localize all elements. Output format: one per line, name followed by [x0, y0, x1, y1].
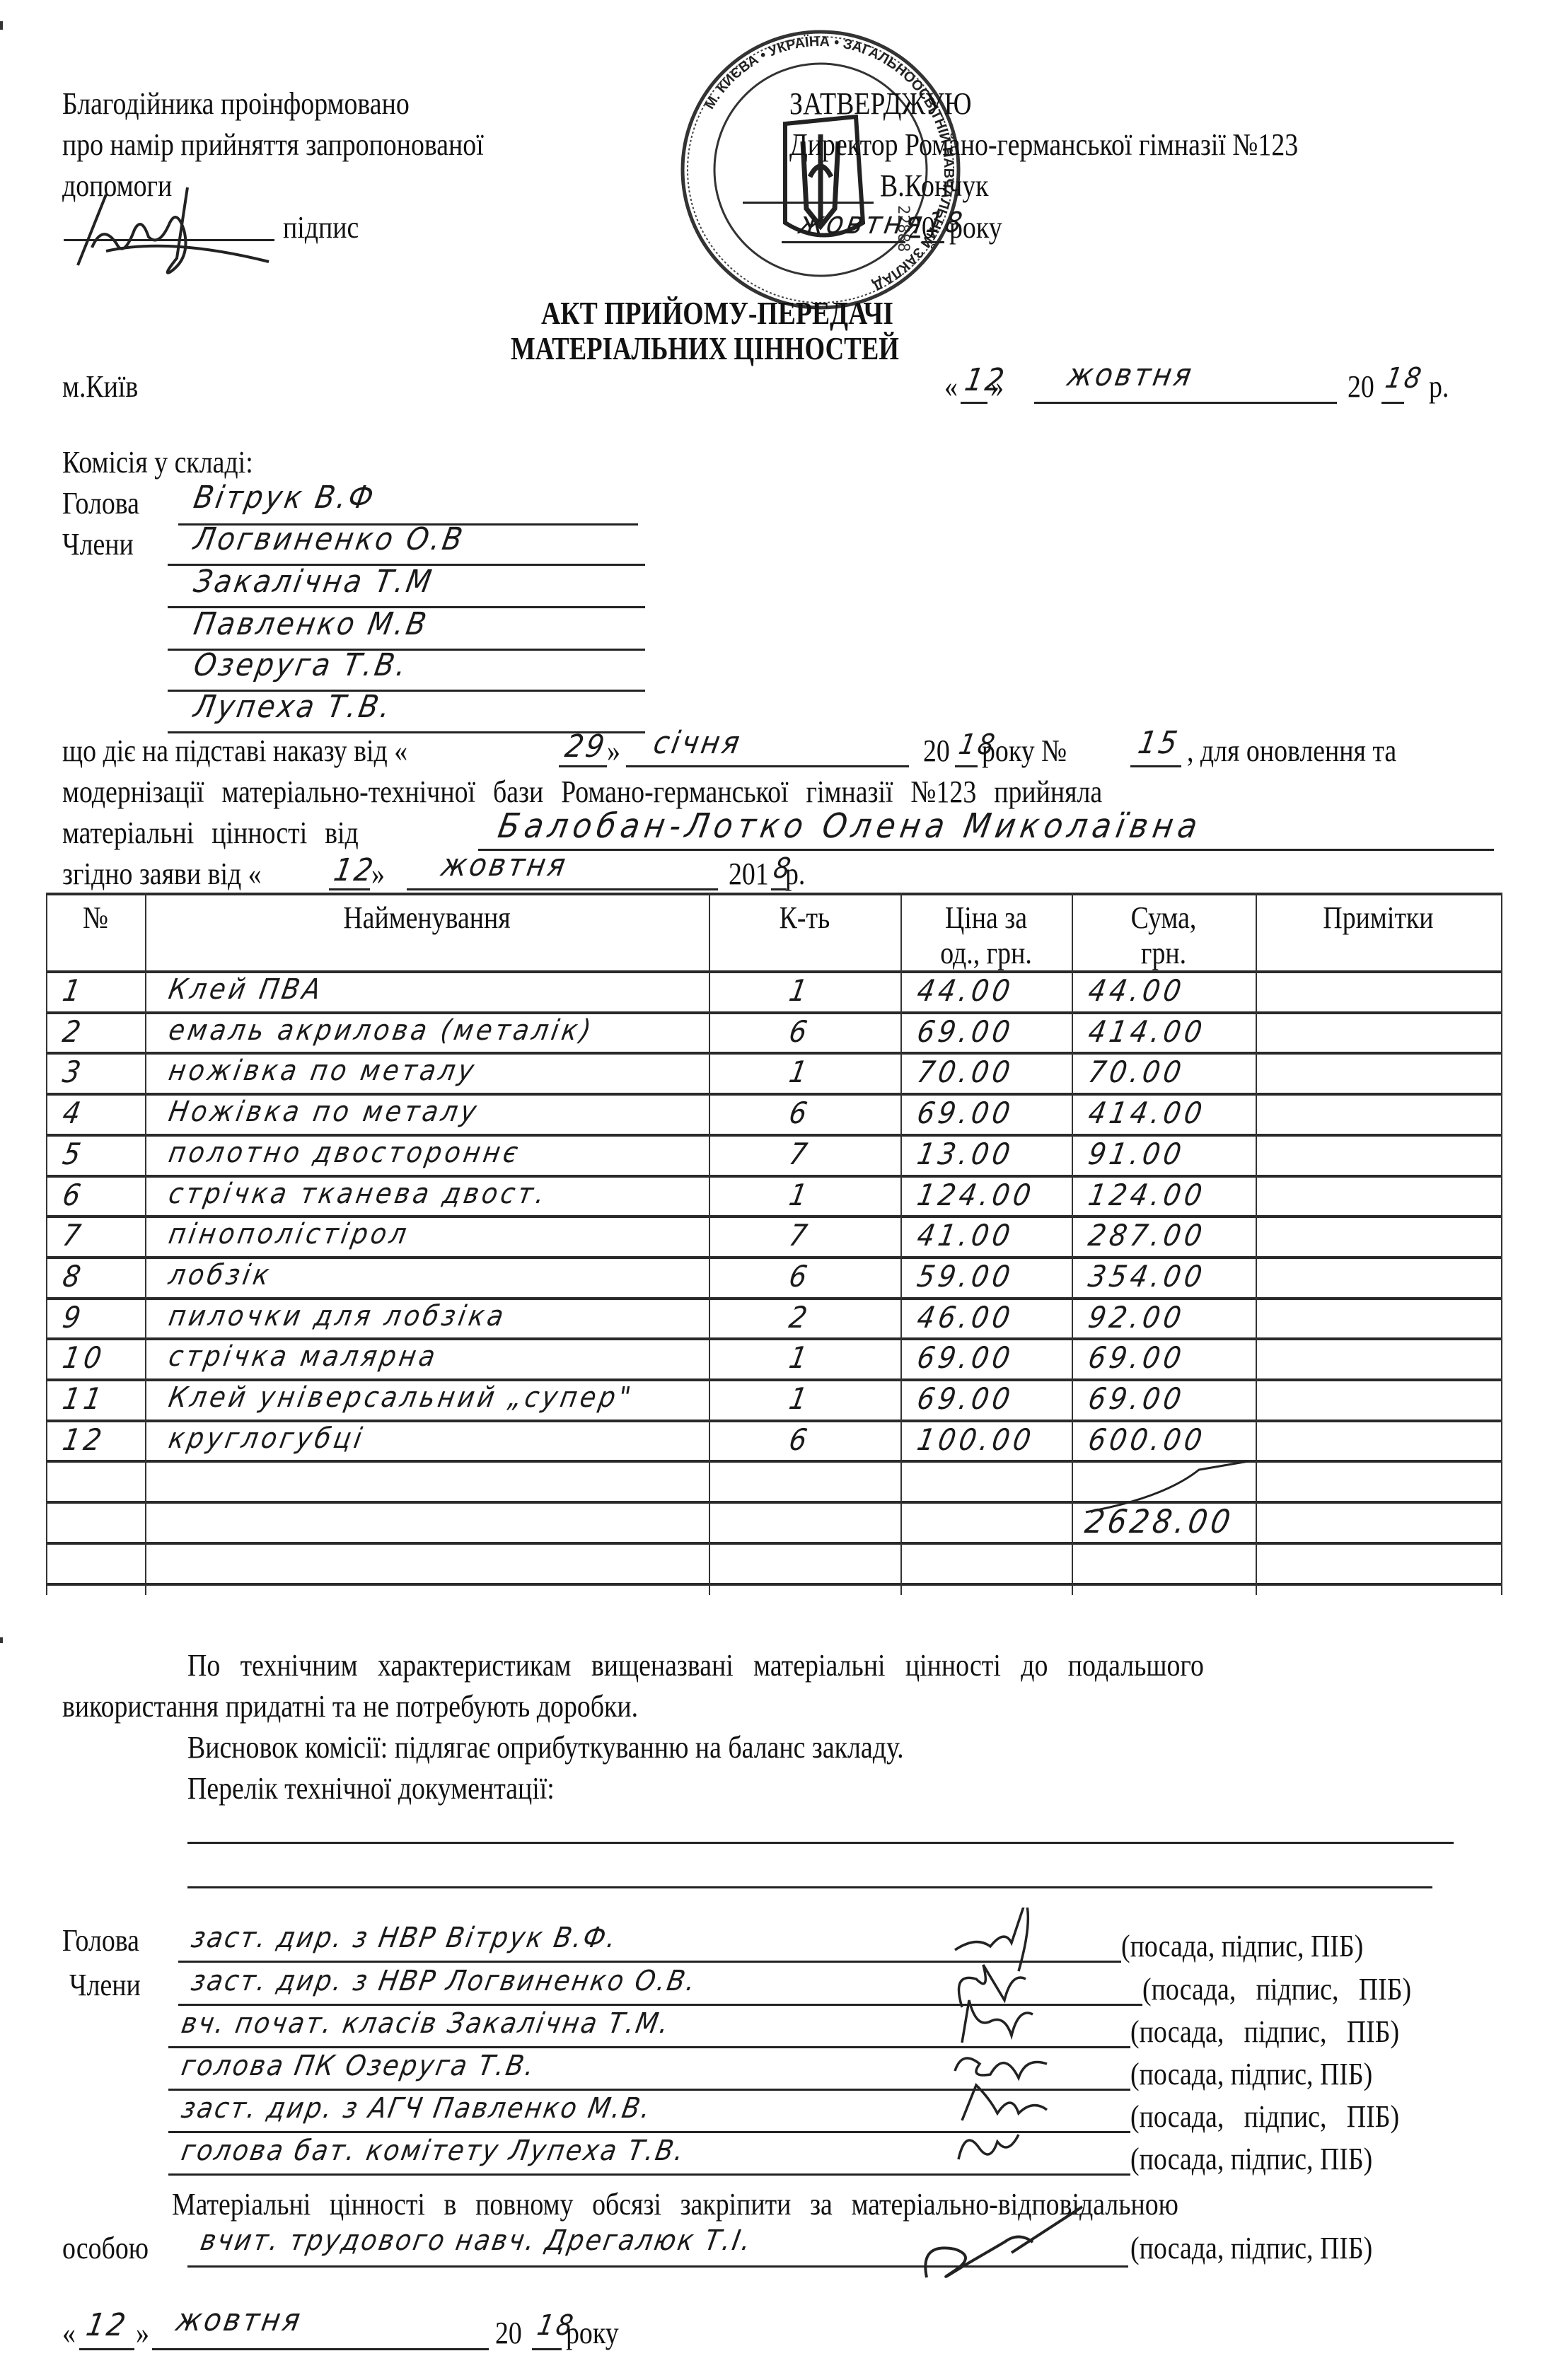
table-cell-name: ножівка по металу — [166, 1055, 480, 1087]
donor-name: Балобан-Лотко Олена Миколаївна — [495, 806, 1205, 846]
table-cell-sum: 414.00 — [1086, 1014, 1208, 1049]
table-cell-name: стрічка тканева двост. — [166, 1178, 550, 1210]
day-line — [961, 402, 987, 404]
table-cell-price: 124.00 — [915, 1178, 1037, 1212]
footer-year-word: року — [566, 2318, 619, 2349]
basis-line3: матеріальні цінності від — [62, 818, 359, 849]
column-header: грн. — [1084, 938, 1243, 969]
table-cell-price: 69.00 — [915, 1340, 1016, 1375]
title-line1: АКТ ПРИЙОМУ-ПЕРЕДАЧІ — [541, 297, 893, 330]
table-cell-qty: 1 — [787, 973, 813, 1008]
table-cell-price: 69.00 — [915, 1096, 1016, 1130]
table-cell-name: стрічка малярна — [166, 1340, 441, 1373]
row-divider — [46, 1175, 1501, 1178]
table-cell-qty: 6 — [787, 1259, 813, 1294]
table-cell-no: 10 — [60, 1340, 108, 1375]
sum-check-mark — [1079, 1456, 1263, 1519]
table-cell-qty: 2 — [787, 1300, 813, 1335]
footer-day: 12 — [83, 2307, 131, 2343]
app-year-prefix: 201 — [729, 859, 769, 890]
month-line — [1034, 402, 1337, 404]
row-divider — [46, 1297, 1501, 1300]
column-divider — [1501, 893, 1502, 1595]
table-cell-qty: 1 — [787, 1178, 813, 1212]
signature-caption: (посада, підпис, ПІБ) — [1130, 2016, 1399, 2048]
tech-docs-line2 — [187, 1886, 1432, 1888]
quote-close: » — [990, 371, 1004, 402]
signature-caption: (посада, підпис, ПІБ) — [1130, 2101, 1399, 2132]
app-day-line — [329, 888, 370, 890]
table-cell-name: пінополістірол — [166, 1218, 412, 1250]
quote-open: « — [944, 371, 958, 402]
approve-date-line — [782, 241, 905, 243]
table-cell-sum: 287.00 — [1086, 1218, 1208, 1253]
conclusion-para1-line2: використання придатні та не потребують д… — [62, 1691, 638, 1722]
tech-docs-line1 — [187, 1842, 1454, 1844]
basis-text3: року № — [982, 736, 1067, 767]
table-cell-qty: 1 — [787, 1381, 813, 1416]
column-divider — [145, 893, 146, 1595]
order-day-line — [559, 765, 607, 767]
year-line — [1381, 402, 1404, 404]
table-border — [46, 893, 1501, 895]
signature-caption: (посада, підпис, ПІБ) — [1121, 1931, 1363, 1962]
column-divider — [900, 893, 902, 1595]
table-cell-sum: 69.00 — [1086, 1340, 1188, 1375]
sign-members-label: Члени — [69, 1970, 141, 2001]
act-year-prefix: 20 — [1348, 371, 1374, 402]
basis-line4-text1: згідно заяви від « — [62, 859, 262, 890]
commission-head-name: Вітрук В.Ф — [191, 480, 378, 516]
table-cell-name: Ножівка по металу — [166, 1096, 482, 1128]
table-cell-price: 13.00 — [915, 1137, 1016, 1171]
table-cell-name: емаль акрилова (металік) — [166, 1014, 596, 1047]
column-header: № — [53, 902, 138, 934]
table-cell-no: 2 — [60, 1014, 87, 1049]
table-cell-no: 1 — [60, 973, 87, 1008]
order-month: січня — [651, 725, 745, 761]
footer-year-line — [532, 2348, 562, 2350]
responsible-person: вчит. трудового навч. Дрегалюк Т.І. — [198, 2224, 755, 2257]
table-cell-sum: 600.00 — [1086, 1422, 1208, 1457]
order-year-line — [955, 765, 978, 767]
donor-informed-line1: Благодійника проінформовано — [62, 88, 410, 120]
order-number: 15 — [1135, 725, 1183, 761]
table-cell-price: 69.00 — [915, 1381, 1016, 1416]
app-year-line — [771, 888, 787, 890]
approve-label: ЗАТВЕРДЖУЮ — [789, 88, 971, 120]
donor-informed-line2: про намір прийняття запропонованої — [62, 129, 484, 161]
commission-member-name: Павленко М.В — [191, 606, 431, 642]
commission-conclusion: Висновок комісії: підлягає оприбуткуванн… — [187, 1732, 904, 1763]
table-cell-no: 8 — [60, 1259, 87, 1294]
table-cell-sum: 70.00 — [1086, 1055, 1188, 1089]
table-cell-sum: 91.00 — [1086, 1137, 1188, 1171]
table-cell-name: Клей універсальний „супер" — [166, 1381, 636, 1414]
donor-name-line — [478, 849, 1494, 851]
column-header: Сума, — [1084, 902, 1243, 934]
table-cell-no: 5 — [60, 1137, 87, 1171]
commission-member-name: Лупеха Т.В. — [191, 689, 395, 725]
signatory-position-name: заст. дир. з НВР Вітрук В.Ф. — [189, 1922, 620, 1954]
footer-quote-open: « — [62, 2318, 76, 2349]
table-cell-price: 44.00 — [915, 973, 1016, 1008]
signatory-position-name: голова бат. комітету Лупеха Т.В. — [179, 2135, 688, 2167]
commission-head-label: Голова — [62, 488, 139, 519]
responsible-signature — [912, 2200, 1139, 2292]
order-year-prefix: 20 — [923, 736, 950, 767]
table-cell-qty: 1 — [787, 1055, 813, 1089]
app-year-unit: р. — [785, 859, 805, 890]
director-signature-line — [743, 202, 874, 204]
signature-caption: (посада, підпис, ПІБ) — [1130, 2059, 1372, 2090]
column-divider — [709, 893, 710, 1595]
act-month: жовтня — [1065, 357, 1197, 393]
order-day: 29 — [562, 728, 610, 765]
sign-head-label: Голова — [62, 1925, 139, 1956]
commission-member-name: Закалічна Т.М — [191, 564, 436, 600]
row-divider — [46, 1542, 1501, 1545]
table-cell-qty: 6 — [787, 1096, 813, 1130]
column-header: Ціна за — [912, 902, 1060, 934]
footer-quote-close: » — [136, 2318, 149, 2349]
responsible-caption: (посада, підпис, ПІБ) — [1130, 2233, 1372, 2264]
table-cell-no: 4 — [60, 1096, 87, 1130]
director-position: Директор Романо-германської гімназії №12… — [789, 129, 1298, 161]
signatory-position-name: голова ПК Озеруга Т.В. — [179, 2050, 538, 2082]
table-cell-qty: 7 — [787, 1218, 813, 1253]
table-cell-no: 12 — [60, 1422, 108, 1457]
table-cell-sum: 354.00 — [1086, 1259, 1208, 1294]
signature-label: підпис — [283, 212, 359, 243]
tech-docs-label: Перелік технічної документації: — [187, 1773, 555, 1804]
table-cell-no: 7 — [60, 1218, 87, 1253]
table-cell-qty: 7 — [787, 1137, 813, 1171]
commission-member-name: Озеруга Т.В. — [191, 647, 412, 683]
signature-caption: (посада, підпис, ПІБ) — [1142, 1974, 1411, 2005]
table-cell-price: 69.00 — [915, 1014, 1016, 1049]
row-divider — [46, 1501, 1501, 1504]
column-divider — [46, 893, 47, 1595]
table-cell-price: 46.00 — [915, 1300, 1016, 1335]
commission-members-label: Члени — [62, 529, 134, 560]
table-cell-name: полотно двостороннє — [166, 1137, 523, 1169]
table-cell-sum: 69.00 — [1086, 1381, 1188, 1416]
donor-signature — [64, 180, 276, 279]
row-divider — [46, 1460, 1501, 1463]
signatory-signature — [948, 2120, 1061, 2191]
table-cell-qty: 1 — [787, 1340, 813, 1375]
table-cell-price: 100.00 — [915, 1422, 1037, 1457]
basis-text4: , для оновлення та — [1187, 736, 1396, 767]
commission-label: Комісія у складі: — [62, 447, 253, 478]
signature-caption: (посада, підпис, ПІБ) — [1130, 2144, 1372, 2175]
table-cell-name: лобзік — [166, 1259, 274, 1291]
basis-line2: модернізації матеріально-технічної бази … — [62, 777, 1102, 808]
responsible-label: особою — [62, 2233, 149, 2264]
table-cell-name: круглогубці — [166, 1422, 367, 1455]
approve-year-word: року — [949, 212, 1002, 243]
table-cell-sum: 92.00 — [1086, 1300, 1188, 1335]
table-cell-no: 6 — [60, 1178, 87, 1212]
footer-year-prefix: 20 — [495, 2318, 522, 2349]
table-cell-price: 70.00 — [915, 1055, 1016, 1089]
row-divider — [46, 1583, 1501, 1586]
table-cell-qty: 6 — [787, 1014, 813, 1049]
table-cell-qty: 6 — [787, 1422, 813, 1457]
items-table: №НайменуванняК-тьЦіна заод., грн.Сума,гр… — [46, 893, 1501, 1595]
basis-line4-text2: » — [371, 859, 385, 890]
act-year-unit: р. — [1429, 371, 1449, 402]
column-divider — [1072, 893, 1073, 1595]
table-cell-name: пилочки для лобзіка — [166, 1300, 509, 1333]
scan-artifact — [0, 21, 3, 30]
table-cell-sum: 414.00 — [1086, 1096, 1208, 1130]
table-cell-price: 41.00 — [915, 1218, 1016, 1253]
column-header: од., грн. — [912, 938, 1060, 969]
footer-month: жовтня — [173, 2302, 306, 2338]
table-cell-no: 3 — [60, 1055, 87, 1089]
footer-day-line — [79, 2348, 134, 2350]
title-line2: МАТЕРІАЛЬНИХ ЦІННОСТЕЙ — [511, 332, 899, 365]
basis-text1: що діє на підставі наказу від « — [62, 736, 407, 767]
signatory-position-name: вч. почат. класів Закалічна Т.М. — [179, 2007, 673, 2040]
table-cell-sum: 44.00 — [1086, 973, 1188, 1008]
basis-text2: » — [607, 736, 620, 767]
signatory-position-name: заст. дир. з НВР Логвиненко О.В. — [189, 1965, 700, 1997]
approve-year-line — [922, 241, 944, 243]
column-header: Примітки — [1273, 902, 1483, 934]
table-cell-name: Клей ПВА — [166, 973, 326, 1006]
order-month-line — [626, 765, 909, 767]
signatory-position-name: заст. дир. з АГЧ Павленко М.В. — [179, 2092, 654, 2125]
application-month: жовтня — [439, 847, 571, 883]
order-no-line — [1130, 765, 1181, 767]
city: м.Київ — [62, 371, 138, 402]
director-name: В.Кончук — [880, 170, 989, 202]
table-cell-no: 11 — [60, 1381, 108, 1416]
column-header: Найменування — [185, 902, 669, 934]
column-header: К-ть — [722, 902, 887, 934]
table-cell-sum: 124.00 — [1086, 1178, 1208, 1212]
conclusion-para1-line1: По технічним характеристикам вищеназвані… — [187, 1650, 1204, 1681]
commission-member-name: Логвиненко О.В — [191, 521, 468, 557]
app-month-line — [407, 888, 718, 890]
table-cell-no: 9 — [60, 1300, 87, 1335]
scan-artifact — [0, 1637, 3, 1643]
footer-month-line — [152, 2348, 489, 2350]
act-year-suffix: 18 — [1383, 362, 1426, 395]
table-cell-price: 59.00 — [915, 1259, 1016, 1294]
